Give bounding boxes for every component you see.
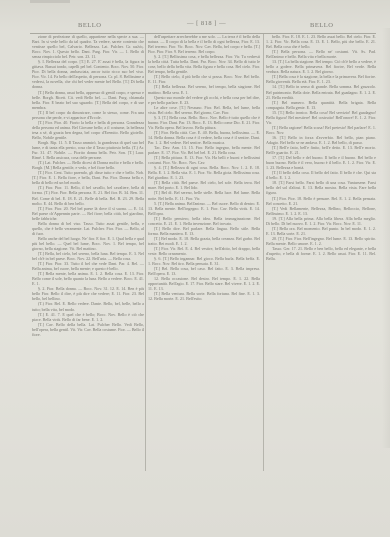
dictionary-paragraph: [T.] Bella mente, bella anima. E. 1. 2. … [32, 271, 144, 286]
dictionary-paragraph: 18. [T.] Farsi bello. Farsi bello di una… [266, 180, 376, 195]
column-3: bello. Fior. E. 18. E. 1. 23. Bello assa… [266, 34, 376, 471]
dictionary-paragraph: bello. Fior. E. 18. E. 1. 23. Bello assa… [266, 34, 376, 49]
dictionary-paragraph: Borgh. Rip. 11. 5. Il Tasso ammirò, la g… [32, 140, 144, 160]
dictionary-paragraph: [T.] Vedi Bellamente, Bellezza, Bellino,… [266, 206, 376, 216]
dictionary-paragraph: Bella donna di bel viso. Tasso. Tutto as… [32, 221, 144, 236]
dictionary-paragraph: 17. [T.] Del bello e del buono. Il bello… [266, 155, 376, 170]
dictionary-paragraph: [T.] Fior. Bella città. Cav. E. 40. Bell… [148, 130, 260, 145]
page-edge-shadow [382, 28, 390, 448]
scanned-page: BELLO — [ 818 ] — BELLO zione di perfezi… [0, 0, 390, 537]
dictionary-paragraph: zione di perfezione di quello, appartien… [32, 34, 144, 59]
dictionary-paragraph: §. 3. [T.] Bella cosa. Bello. Bocc. Nov.… [148, 115, 260, 130]
header-right-word: BELLO [310, 22, 333, 29]
dictionary-paragraph: Le altre cose. [T.] Nessuno. Fior. Bel. … [148, 105, 260, 115]
dictionary-paragraph: (T.) Fior. Pior. 11. Bello, il bel caval… [32, 185, 144, 205]
dictionary-paragraph: (T.) Lat. Pulcher. — Bello dicesi di Don… [32, 160, 144, 170]
dictionary-paragraph: [T.] Bell'e fatto, bell'e finito, bell'e… [266, 145, 376, 155]
dictionary-paragraph: [T.] Bello cielo, il più bello che si po… [148, 74, 260, 84]
dictionary-paragraph: [T.] Bella ventura. Bella sorte. Bella f… [148, 291, 260, 301]
dictionary-paragraph: 16. [T.] Bello in forza d'avverbio. Bel … [266, 135, 376, 145]
dictionary-paragraph: [T.] Fior. Pior. 18. Bello è pensare. Be… [266, 196, 376, 206]
dictionary-paragraph: [T.] E. 41. 7. E quel che è bello; Bocc.… [32, 312, 144, 322]
scan-shadow [30, 0, 70, 3]
dictionary-paragraph: [T.] Il bello della cosa. Il bello del f… [266, 170, 376, 180]
page-header: BELLO — [ 818 ] — BELLO [30, 20, 375, 32]
dictionary-paragraph: [T.] Fior. Pior. 40. Fiorio la bella e b… [32, 120, 144, 140]
header-left-word: BELLO [78, 22, 101, 29]
dictionary-paragraph: [T.] Cav. Bello della bella. Lat. Pulche… [32, 322, 144, 337]
dictionary-paragraph: §. 4. [T.] Bellezza di ogni cosa. Bella.… [148, 165, 260, 180]
dictionary-paragraph: 19. [T.] Alla bella prima. Alla bella li… [266, 216, 376, 226]
page-number: — [ 818 ] — [187, 20, 226, 27]
dictionary-paragraph: 5. [T.] Bella anima. Bell'animo. — Bel c… [148, 201, 260, 216]
dictionary-paragraph: §. I. Bellezza del corpo. [T.] E. 27. E'… [32, 59, 144, 89]
dictionary-paragraph: [T.] Il bel corpo da dimostrare, come lo… [32, 110, 144, 120]
dictionary-paragraph: [T.] Fior. Cent. Tutto parendo, gli diss… [32, 170, 144, 185]
dictionary-paragraph: Tasso. Ger. 17. 21. Bello e ben bello, b… [266, 246, 376, 261]
dictionary-paragraph: [T.] Bel. Bella cosa, bel caso. Bel fatt… [148, 266, 260, 276]
dictionary-paragraph: [T.] Fior. Pior. 20. Nel bel paese là do… [32, 206, 144, 221]
dictionary-paragraph: [T.] Bella cosa è la stagione, la bella … [266, 74, 376, 84]
dictionary-paragraph: 13. [T.] La bella stagione. Bel tempo. C… [266, 59, 376, 74]
column-divider [145, 34, 146, 471]
dictionary-paragraph: Tac. Dav. Ann. 13. 15. Fior. Bello ingeg… [148, 145, 260, 155]
dictionary-paragraph: [T.] Bella città. Bel paese. Bel cielo, … [148, 180, 260, 190]
dictionary-paragraph: [T.] Bel modo. E. 18. Bella grazia, bell… [148, 236, 260, 246]
dictionary-paragraph: [T.] Bella ora. Bel momento. Bel punto. … [266, 226, 376, 236]
dictionary-paragraph: [T.] Bello pensiero, bella idea. Bella i… [148, 216, 260, 226]
dictionary-paragraph: [T.] Fior. Pior. 33. Tutto il bel che ve… [32, 261, 144, 271]
dictionary-paragraph: [T.] Bella bellezza. Bel sereno, bel tem… [148, 84, 260, 94]
column-divider [263, 34, 264, 471]
dictionary-paragraph: Bello anche del bel luogo. Ne' fior. E f… [32, 236, 144, 251]
dictionary-paragraph: [T.] Bella pittura. E. 13. Fior. Vir. Ha… [148, 155, 260, 165]
dictionary-paragraph: [T.] Bello dire. Bel parlare. Bella ling… [148, 226, 260, 236]
dictionary-paragraph: (T.) Fior. Bel. E. Bello vedere. Dante. … [32, 301, 144, 311]
dictionary-paragraph: Questo suo monile del vedere gli occhi, … [148, 95, 260, 105]
dictionary-paragraph: [T.] Bella persona. — Bello ne' costumi.… [266, 49, 376, 59]
dictionary-paragraph: 12. Bella occasione. Bel destro. Bel tem… [148, 276, 260, 291]
dictionary-paragraph: [T.] Bella ragione! Bella scusa! Bel pre… [266, 125, 376, 135]
dictionary-paragraph: [T.] Bel dì. Bel sereno, belle stelle. B… [148, 190, 260, 200]
column-1: zione di perfezione di quello, appartien… [32, 34, 144, 471]
dictionary-paragraph: 14. [T.] Bello in senso di grande. Bella… [266, 84, 376, 99]
dictionary-paragraph: §. 2. [T.] Bellissima cosa, e bella bell… [148, 54, 260, 74]
dictionary-paragraph: §. 6. [T.] Bello ingannar. Bel gioco. Be… [148, 256, 260, 266]
dictionary-paragraph: [T.] Bel numero. Bella quantità. Bella b… [266, 100, 376, 110]
dictionary-paragraph: dell'aspettare arrecherebbe a me solo. —… [148, 34, 260, 54]
column-2: dell'aspettare arrecherebbe a me solo. —… [148, 34, 260, 471]
dictionary-paragraph: §. 2. Fior. Bella donna. — Bocc. Nov. 31… [32, 286, 144, 301]
dictionary-paragraph: 15. [T.] Bello ironico. Bella cosa! Bel … [266, 110, 376, 125]
dictionary-paragraph: [T.] Fior. Vir. Bel. E. 4. Bel vestire, … [148, 246, 260, 256]
dictionary-paragraph: [T.] Bella, bel cielo, bel sereno, bella… [32, 251, 144, 261]
dictionary-paragraph: 20. [T.] Fior. Fior. Bell'ingegno. Bel l… [266, 236, 376, 246]
dictionary-paragraph: [T.] Bella donna, assai bella, appresso … [32, 90, 144, 110]
